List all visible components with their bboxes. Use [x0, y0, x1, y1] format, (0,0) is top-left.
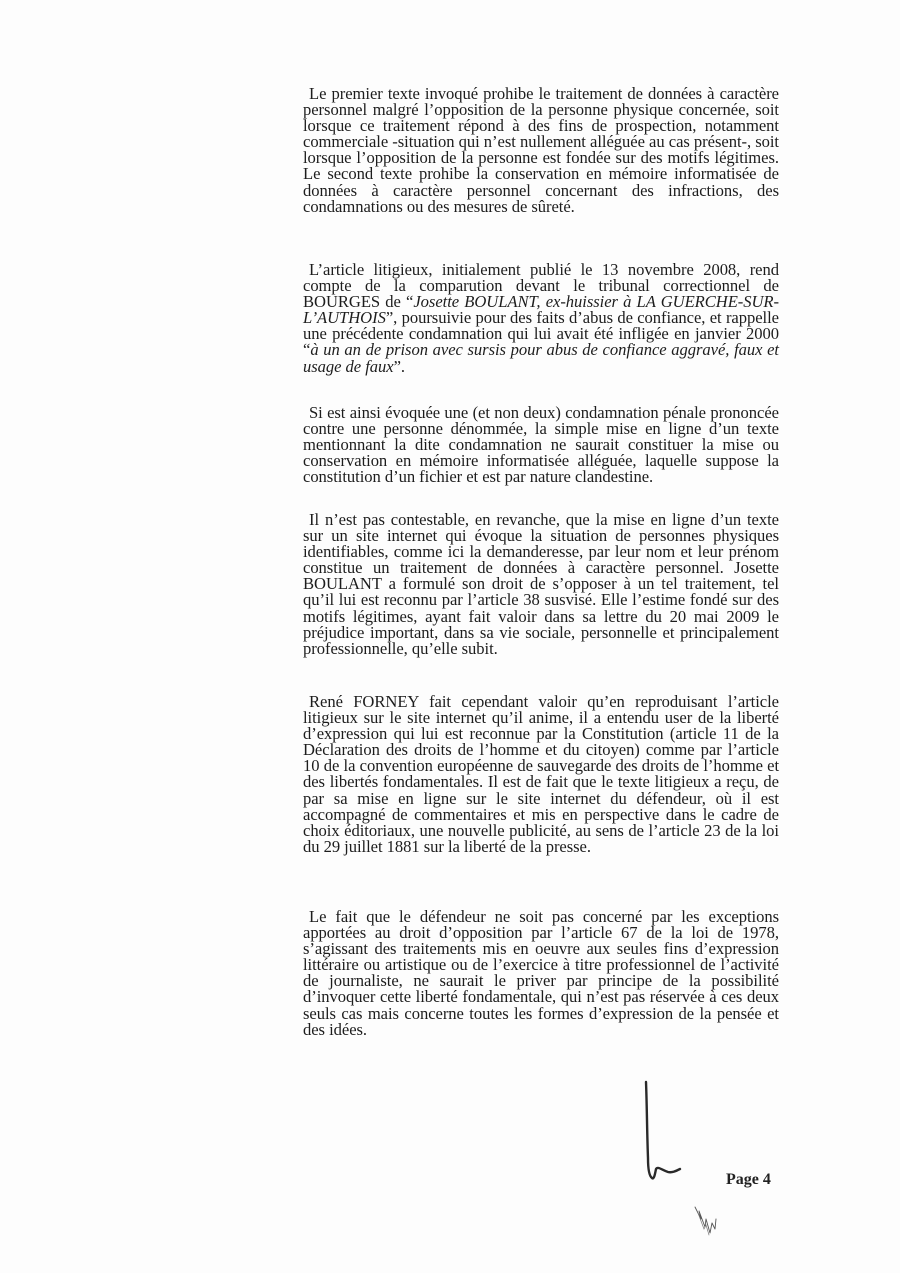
paragraph-4: Il n’est pas contestable, en revanche, q… — [303, 512, 779, 657]
paragraph-1-text: Le premier texte invoqué prohibe le trai… — [303, 84, 779, 216]
paragraph-5-text: René FORNEY fait cependant valoir qu’en … — [303, 692, 779, 856]
paragraph-1: Le premier texte invoqué prohibe le trai… — [303, 86, 779, 215]
paragraph-6-text: Le fait que le défendeur ne soit pas con… — [303, 907, 779, 1039]
paragraph-6: Le fait que le défendeur ne soit pas con… — [303, 909, 779, 1038]
paragraph-4-text: Il n’est pas contestable, en revanche, q… — [303, 510, 779, 658]
signature-icon — [640, 1078, 720, 1188]
paragraph-5: René FORNEY fait cependant valoir qu’en … — [303, 694, 779, 855]
initials-icon — [692, 1205, 724, 1239]
paragraph-3-text: Si est ainsi évoquée une (et non deux) c… — [303, 403, 779, 486]
paragraph-3: Si est ainsi évoquée une (et non deux) c… — [303, 405, 779, 485]
paragraph-2-quote-sentence: à un an de prison avec sursis pour abus … — [303, 340, 779, 375]
paragraph-2: L’article litigieux, initialement publié… — [303, 262, 779, 375]
paragraph-2-text-c: ”. — [394, 357, 405, 376]
document-page: Le premier texte invoqué prohibe le trai… — [0, 0, 900, 1273]
page-number: Page 4 — [726, 1171, 771, 1189]
